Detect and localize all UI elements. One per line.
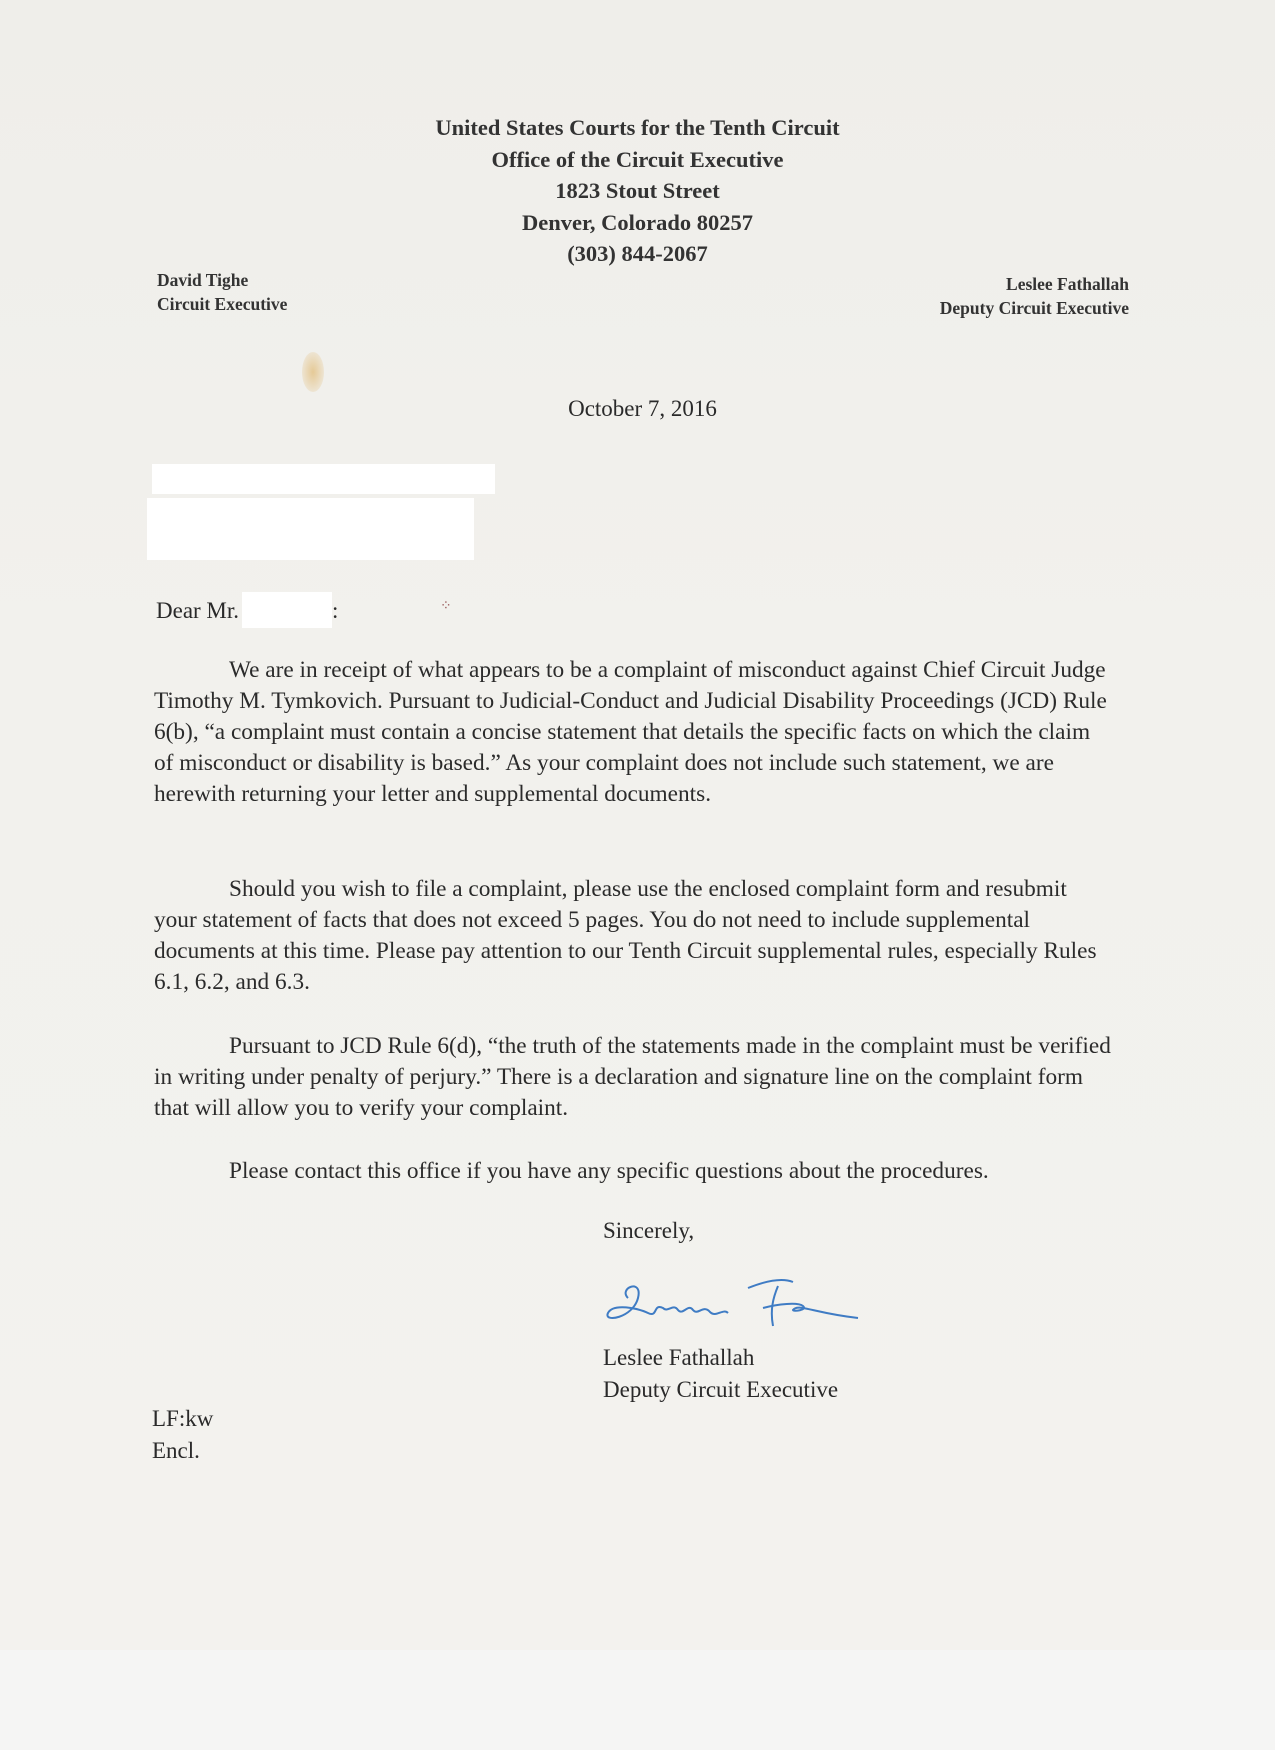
redacted-recipient-name — [152, 464, 495, 494]
deputy-executive-block: Leslee Fathallah Deputy Circuit Executiv… — [940, 272, 1129, 320]
circuit-executive-name: David Tighe — [157, 268, 287, 292]
redacted-salutation-name — [242, 592, 332, 628]
ink-mark: ⁘ — [440, 598, 452, 615]
paragraph-receipt: We are in receipt of what appears to be … — [154, 655, 1114, 810]
salutation: Dear Mr.: — [156, 592, 338, 628]
signer-block: Leslee Fathallah Deputy Circuit Executiv… — [603, 1342, 838, 1406]
signer-name: Leslee Fathallah — [603, 1342, 838, 1374]
deputy-executive-name: Leslee Fathallah — [940, 272, 1129, 296]
letterhead-office: Office of the Circuit Executive — [0, 144, 1275, 176]
letter-page: United States Courts for the Tenth Circu… — [0, 0, 1275, 1650]
typist-initials: LF:kw — [152, 1403, 213, 1435]
reference-block: LF:kw Encl. — [152, 1403, 213, 1467]
scan-margin — [0, 1650, 1275, 1750]
letterhead: United States Courts for the Tenth Circu… — [0, 112, 1275, 270]
deputy-executive-title: Deputy Circuit Executive — [940, 296, 1129, 320]
circuit-executive-title: Circuit Executive — [157, 292, 287, 316]
closing: Sincerely, — [603, 1218, 694, 1244]
letterhead-street: 1823 Stout Street — [0, 175, 1275, 207]
handwritten-signature — [598, 1268, 898, 1338]
salutation-prefix: Dear Mr. — [156, 598, 239, 623]
letterhead-court: United States Courts for the Tenth Circu… — [0, 112, 1275, 144]
circuit-executive-block: David Tighe Circuit Executive — [157, 268, 287, 316]
salutation-suffix: : — [332, 598, 338, 623]
paragraph-instructions: Should you wish to file a complaint, ple… — [154, 874, 1114, 998]
letterhead-city: Denver, Colorado 80257 — [0, 207, 1275, 239]
enclosure-notation: Encl. — [152, 1435, 213, 1467]
redacted-recipient-address — [147, 498, 474, 560]
paragraph-contact: Please contact this office if you have a… — [154, 1156, 1114, 1187]
letter-date: October 7, 2016 — [0, 396, 1275, 422]
paper-stain — [302, 352, 324, 392]
letterhead-phone: (303) 844-2067 — [0, 238, 1275, 270]
paragraph-verification: Pursuant to JCD Rule 6(d), “the truth of… — [154, 1031, 1114, 1124]
signer-title: Deputy Circuit Executive — [603, 1374, 838, 1406]
